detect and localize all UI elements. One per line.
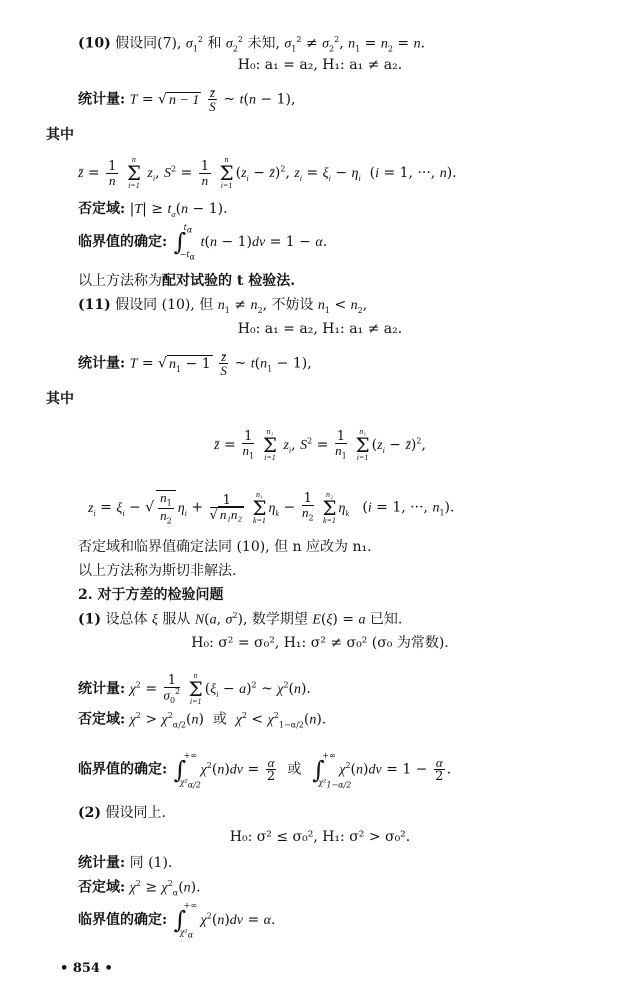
section-11-where-label: 其中 — [46, 392, 74, 406]
variance-sub1-heading: (1) 设总体 ξ 服从 N(a, σ2), 数学期望 E(ξ) = a 已知. — [78, 612, 402, 628]
variance-sub1-rejection: 否定域: χ2 > χ2α/2(n) 或 χ2 < χ21−α/2(n). — [78, 712, 326, 729]
page-number: • 854 • — [60, 962, 113, 975]
variance-sub1-statistic: 统计量: χ2 = 1σ02 nΣi=1(ξi − a)2 ~ χ2(n). — [78, 672, 311, 706]
section-10-where-label: 其中 — [46, 128, 74, 142]
variance-sub2-hypotheses: H₀: σ² ≤ σ₀², H₁: σ² > σ₀². — [0, 830, 640, 844]
section-10-method-note: 以上方法称为配对试验的 t 检验法. — [78, 274, 295, 288]
variance-sub2-rejection: 否定域: χ2 ≥ χ2α(n). — [78, 880, 201, 897]
section-11-note: 否定域和临界值确定法同 (10), 但 n 应改为 n₁. — [78, 540, 372, 554]
section-11-statistic: 统计量: T = √n1 − 1 z̄S ~ t(n1 − 1), — [78, 350, 312, 377]
section-10-hypotheses: H₀: a₁ = a₂, H₁: a₁ ≠ a₂. — [0, 58, 640, 72]
section-11-method-note: 以上方法称为斯切非解法. — [78, 564, 236, 578]
variance-sub2-critical: 临界值的确定: ∫+∞χ²α χ2(n)dv = α. — [78, 908, 275, 932]
section-10-definitions: z̄ = 1n nΣi=1 zi, S2 = 1n nΣi=1(zi − z̄)… — [78, 156, 457, 190]
variance-sub1-hypotheses: H₀: σ² = σ₀², H₁: σ² ≠ σ₀² (σ₀ 为常数). — [0, 636, 640, 650]
variance-sub2-statistic: 统计量: 同 (1). — [78, 856, 172, 870]
section-10-heading: (10) 假设同(7), σ12 和 σ22 未知, σ12 ≠ σ22, n1… — [78, 36, 425, 53]
variance-section-heading: 2. 对于方差的检验问题 — [78, 588, 224, 602]
section-11-definitions-2: zi = ξi − √n1n2ηi + 1√n₁n₂ n₁Σk=1ηk − 1n… — [88, 490, 454, 525]
variance-sub2-heading: (2) 假设同上. — [78, 806, 166, 820]
section-10-statistic: 统计量: T = √n − 1 z̄S ~ t(n − 1), — [78, 86, 295, 113]
section-11-definitions-1: z̄ = 1n1 n₁Σi=1 zi, S2 = 1n1 n₁Σi=1(zi −… — [0, 428, 640, 462]
variance-sub1-critical: 临界值的确定: ∫+∞χ²α/2 χ2(n)dv = α2 或 ∫+∞χ²1−α… — [78, 756, 451, 783]
section-11-hypotheses: H₀: a₁ = a₂, H₁: a₁ ≠ a₂. — [0, 322, 640, 336]
section-10-critical: 临界值的确定: ∫tα−tα t(n − 1)dv = 1 − α. — [78, 230, 327, 254]
section-11-heading: (11) 假设同 (10), 但 n1 ≠ n2, 不妨设 n1 < n2, — [78, 298, 367, 315]
section-10-rejection: 否定域: |T| ≥ tα(n − 1). — [78, 202, 228, 219]
